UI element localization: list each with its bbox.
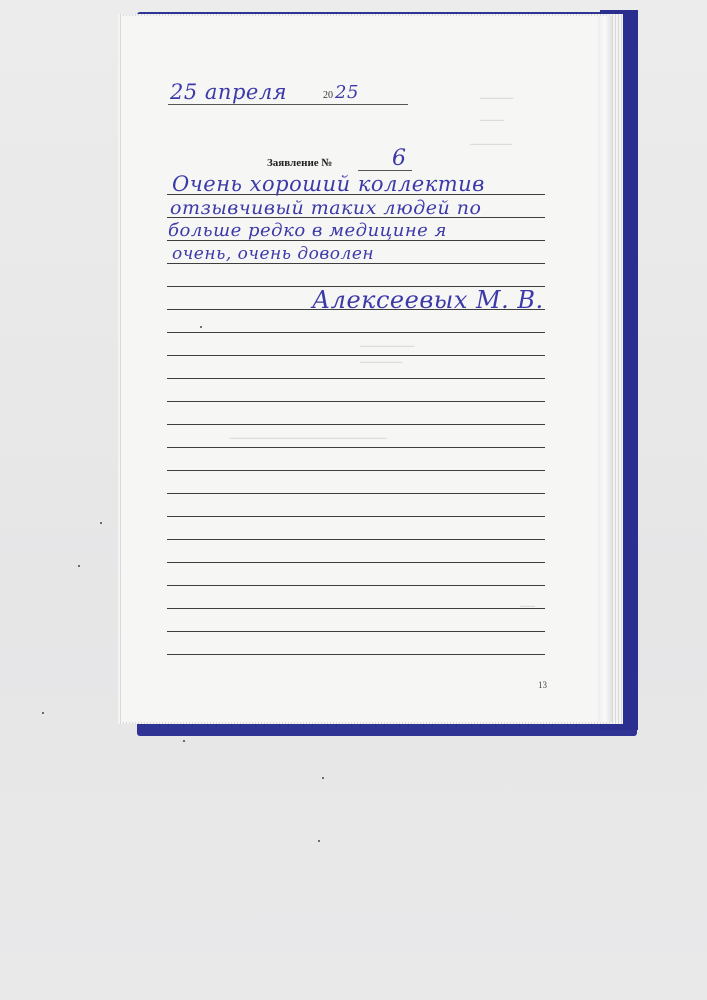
ruled-line [167,332,545,333]
ruled-line [167,447,545,448]
ruled-line [167,355,545,356]
signature: Алексеевых М. В. [312,286,544,314]
date-underline [168,104,408,105]
ruled-line [167,539,545,540]
scan-speck [200,326,202,328]
year-prefix: 20 [323,90,333,101]
ruled-line [167,516,545,517]
year-handwritten: 25 [335,82,359,103]
bleed-through-text: ━━━━━━━━━━━ [480,96,513,102]
bleed-through-text: ━━━━━━━━━━━━━━ [470,142,512,148]
scan-speck [322,777,324,779]
ruled-line [167,493,545,494]
date-handwritten: 25 апреля [170,80,287,104]
ruled-line [167,470,545,471]
bleed-through-text: ━━━━━━━━━━━━━━ [360,360,402,366]
ruled-line [167,608,545,609]
page-gutter [598,16,612,722]
scan-speck [183,740,185,742]
bleed-through-text: ━━━━━━━━━━━━━━━━━━ [360,344,414,350]
handwritten-line-1: Очень хороший коллектив [172,172,485,196]
statement-number: 6 [392,146,407,171]
ruled-line [167,585,545,586]
scan-speck [318,840,320,842]
scan-speck [100,522,102,524]
ruled-line [167,631,545,632]
scan-speck [42,712,44,714]
ruled-line [167,562,545,563]
handwritten-line-3: больше редко в медицине я [168,220,447,241]
ruled-line [167,378,545,379]
scan-speck [78,565,80,567]
notebook-page [121,16,599,722]
handwritten-line-2: отзывчивый таких людей по [170,197,481,219]
statement-label: Заявление № [267,157,332,169]
bleed-through-text: ━━━━━ [520,604,535,610]
ruled-line [167,401,545,402]
bleed-through-text: ━━━━━━━━ [480,118,504,124]
ruled-line [167,424,545,425]
bleed-through-text: ━━━━━━━━━━━━━━━━━━━━━━━━━━━━━━━━━━━━━━━━… [230,436,387,442]
handwritten-line-4: очень, очень доволен [172,244,374,264]
page-number: 13 [538,680,547,690]
ruled-line [167,654,545,655]
